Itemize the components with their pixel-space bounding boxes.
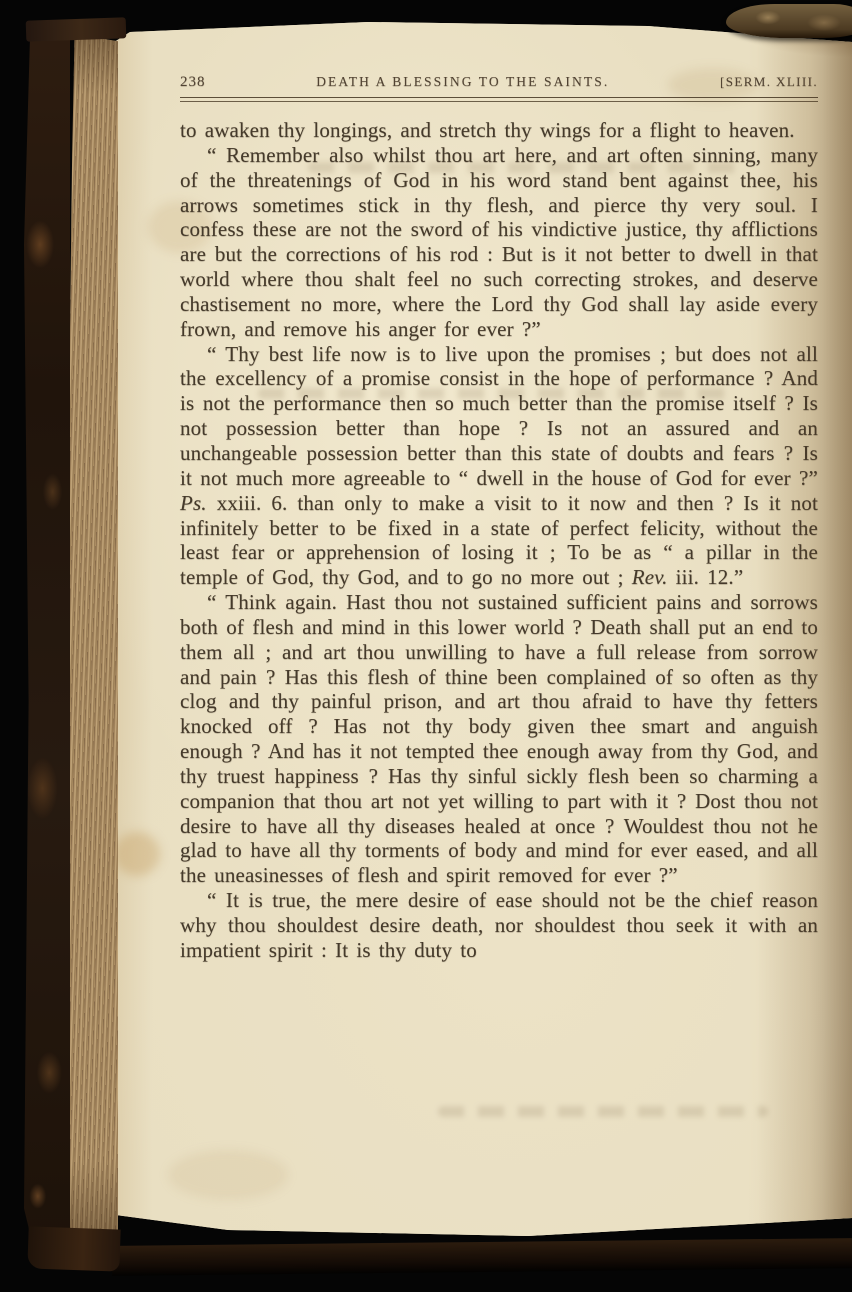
page-text: to awaken thy longings, and stretch thy … [180,118,818,963]
paragraph-text: “ Remember also whilst thou art here, an… [180,143,818,341]
scripture-citation: Ps. [180,491,207,515]
book-cover-spine [24,22,70,1258]
paper-stain [114,832,160,876]
gutter-shadow [757,16,852,1270]
paragraph-text: iii. 12.” [668,565,744,589]
paragraph-text: “ Think again. Hast thou not sustained s… [180,590,818,887]
ink-showthrough [438,1106,768,1117]
book-cover-top-edge [26,17,127,41]
page-number: 238 [180,74,206,91]
paragraph-text: to awaken thy longings, and stretch thy … [180,118,795,142]
paragraph: “ Think again. Hast thou not sustained s… [180,590,818,888]
paragraph-text: “ It is true, the mere desire of ease sh… [180,888,818,962]
book-cover-bottom-corner [27,1226,120,1271]
paragraph: “ Thy best life now is to live upon the … [180,342,818,590]
scripture-citation: Rev. [632,565,668,589]
paper-stain [168,1150,288,1200]
header-double-rule [180,97,818,102]
paragraph: “ It is true, the mere desire of ease sh… [180,888,818,963]
book-page: 238 DEATH A BLESSING TO THE SAINTS. [SER… [108,16,852,1270]
running-title: DEATH A BLESSING TO THE SAINTS. [316,74,609,90]
adjacent-binding-fragment [726,4,852,38]
paragraph-text: “ Thy best life now is to live upon the … [180,342,818,490]
printed-content: 238 DEATH A BLESSING TO THE SAINTS. [SER… [180,74,818,963]
book-bottom-edge [112,1238,852,1276]
paragraph: to awaken thy longings, and stretch thy … [180,118,818,143]
book-photo-scene: 238 DEATH A BLESSING TO THE SAINTS. [SER… [0,0,852,1292]
paragraph: “ Remember also whilst thou art here, an… [180,143,818,342]
